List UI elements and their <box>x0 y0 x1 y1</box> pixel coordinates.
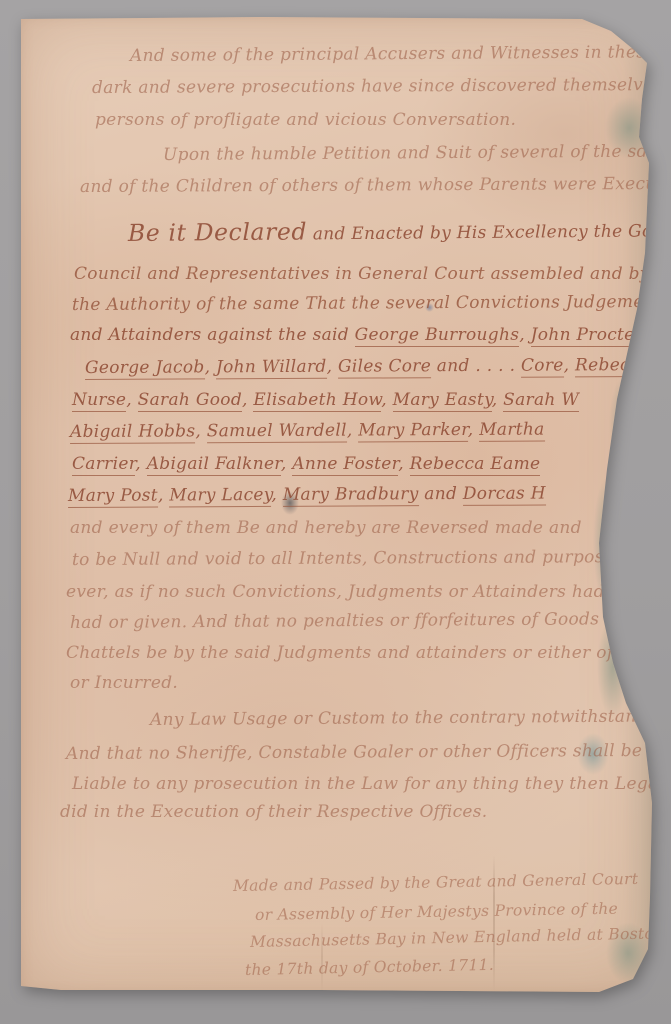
underlined-name: Mary Easty <box>393 390 492 412</box>
line-text: Made and Passed by the Great and General… <box>233 870 639 895</box>
stain <box>609 377 639 472</box>
underlined-name: Abigail Hobbs <box>70 421 195 444</box>
line-text: And that no Sheriffe, Constable Goaler o… <box>66 741 642 764</box>
manuscript-line: And that no Sheriffe, Constable Goaler o… <box>66 739 642 766</box>
manuscript-document: And some of the principal Accusers and W… <box>21 17 653 993</box>
line-text: , <box>281 454 292 474</box>
underlined-name: Mary Lacey <box>169 485 271 508</box>
line-text: persons of profligate and vicious Conver… <box>95 110 516 130</box>
underlined-name: Mary Bradbury <box>283 484 419 507</box>
stain <box>597 617 629 717</box>
manuscript-line: and Attainders against the said George B… <box>70 323 647 347</box>
manuscript-line: had or given. And that no penalties or f… <box>70 607 624 635</box>
manuscript-line: or Incurred. <box>70 671 178 695</box>
underlined-name: Rebecca <box>575 355 650 377</box>
line-text: , <box>135 454 146 474</box>
manuscript-line: Massachusetts Bay in New England held at… <box>250 921 653 954</box>
line-text: and of the Children of others of them wh… <box>80 174 653 197</box>
underlined-name: Mary Parker <box>358 420 468 443</box>
manuscript-line: George Jacob, John Willard, Giles Core a… <box>85 353 650 380</box>
manuscript-line: Liable to any prosecution in the Law for… <box>72 772 653 796</box>
line-text: to be Null and void to all Intents, Cons… <box>72 547 653 570</box>
line-text: , <box>347 420 359 440</box>
line-text: Chattels be by the said Judgments and at… <box>66 643 653 663</box>
underlined-name: Mary Post <box>68 486 158 508</box>
line-text: , <box>519 325 530 345</box>
photo-background: And some of the principal Accusers and W… <box>0 0 671 1024</box>
manuscript-line: Any Law Usage or Custom to the contrary … <box>150 704 653 732</box>
line-text: , <box>381 390 392 410</box>
paper-shadow-wrapper: And some of the principal Accusers and W… <box>0 0 671 1024</box>
line-text: , <box>492 390 503 410</box>
line-text: , <box>126 390 137 410</box>
line-text: Upon the humble Petition and Suit of sev… <box>163 141 653 165</box>
line-text: and . . . . <box>431 356 521 376</box>
manuscript-line: And some of the principal Accusers and W… <box>130 40 653 68</box>
line-text: or Incurred. <box>70 673 178 693</box>
underlined-name: Rebecca Eame <box>410 454 541 476</box>
manuscript-line: Upon the humble Petition and Suit of sev… <box>163 139 653 167</box>
underlined-name: Sarah W <box>503 390 579 412</box>
underlined-name: Core <box>521 355 564 377</box>
line-text: Any Law Usage or Custom to the contrary … <box>150 706 653 730</box>
manuscript-line: Made and Passed by the Great and General… <box>233 867 639 898</box>
line-text: Council and Representatives in General C… <box>74 264 650 284</box>
underlined-name: George Jacob <box>85 357 205 380</box>
underlined-name: John Willard <box>216 357 327 380</box>
line-text: had or given. And that no penalties or f… <box>70 609 624 633</box>
underlined-name: Giles Core <box>338 356 431 378</box>
line-text: Liable to any prosecution in the Law for… <box>72 774 653 794</box>
line-text: , <box>271 485 283 505</box>
line-text: And some of the principal Accusers and W… <box>130 42 653 66</box>
manuscript-line: the 17th day of October. 1711. <box>245 953 494 982</box>
underlined-name: Nurse <box>72 390 126 412</box>
line-text: Massachusetts Bay in New England held at… <box>250 924 653 951</box>
underlined-name: Samuel Wardell <box>207 421 347 444</box>
manuscript-line: did in the Execution of their Respective… <box>60 800 488 824</box>
line-text: and every of them Be and hereby are Reve… <box>70 518 582 538</box>
line-text: , <box>158 485 170 505</box>
line-text: the 17th day of October. 1711. <box>245 956 494 979</box>
manuscript-line: dark and severe prosecutions have since … <box>92 73 653 100</box>
manuscript-line: Council and Representatives in General C… <box>74 262 650 286</box>
manuscript-line: and of the Children of others of them wh… <box>80 172 653 199</box>
line-text: ever, as if no such Convictions, Judgmen… <box>66 582 650 602</box>
line-text: , <box>398 454 409 474</box>
line-text: and Enacted by His Excellency the Govern… <box>307 221 653 245</box>
line-text: , <box>327 357 339 377</box>
underlined-name: John Procter <box>531 325 641 347</box>
line-text: , <box>468 420 480 440</box>
manuscript-line: Carrier, Abigail Falkner, Anne Foster, R… <box>72 452 540 476</box>
line-text: , <box>641 325 647 345</box>
underlined-name: Elisabeth How <box>253 390 381 412</box>
line-text: and <box>419 484 463 504</box>
underlined-name: Carrier <box>72 454 135 476</box>
manuscript-line: persons of profligate and vicious Conver… <box>95 108 516 132</box>
underlined-name: Martha <box>479 420 545 442</box>
underlined-name: Abigail Falkner <box>147 454 281 476</box>
line-text: and Attainders against the said <box>70 325 355 345</box>
underlined-name: Sarah Good <box>138 390 242 412</box>
manuscript-line: ever, as if no such Convictions, Judgmen… <box>66 580 650 604</box>
underlined-name: George Burroughs <box>355 325 520 347</box>
line-text: , <box>242 390 253 410</box>
underlined-name: Anne Foster <box>292 454 398 476</box>
manuscript-line: Chattels be by the said Judgments and at… <box>66 641 653 665</box>
manuscript-line: to be Null and void to all Intents, Cons… <box>72 545 653 572</box>
manuscript-line: Be it Declared and Enacted by His Excell… <box>128 216 653 248</box>
underlined-name: Dorcas H <box>463 483 546 505</box>
line-text: , <box>195 421 207 441</box>
line-text: the Authority of the same That the sever… <box>72 292 653 315</box>
line-text: or Assembly of Her Majestys Province of … <box>255 900 618 924</box>
manuscript-line: Nurse, Sarah Good, Elisabeth How, Mary E… <box>72 388 579 412</box>
line-text: dark and severe prosecutions have since … <box>92 75 653 98</box>
manuscript-line: the Authority of the same That the sever… <box>72 290 653 317</box>
line-text: Be it Declared <box>128 217 307 247</box>
line-text: , <box>564 355 576 375</box>
manuscript-line: Abigail Hobbs, Samuel Wardell, Mary Park… <box>70 418 545 444</box>
line-text: , <box>204 357 216 377</box>
manuscript-line: and every of them Be and hereby are Reve… <box>70 516 582 540</box>
manuscript-line: Mary Post, Mary Lacey, Mary Bradbury and… <box>68 481 546 508</box>
line-text: did in the Execution of their Respective… <box>60 802 488 822</box>
